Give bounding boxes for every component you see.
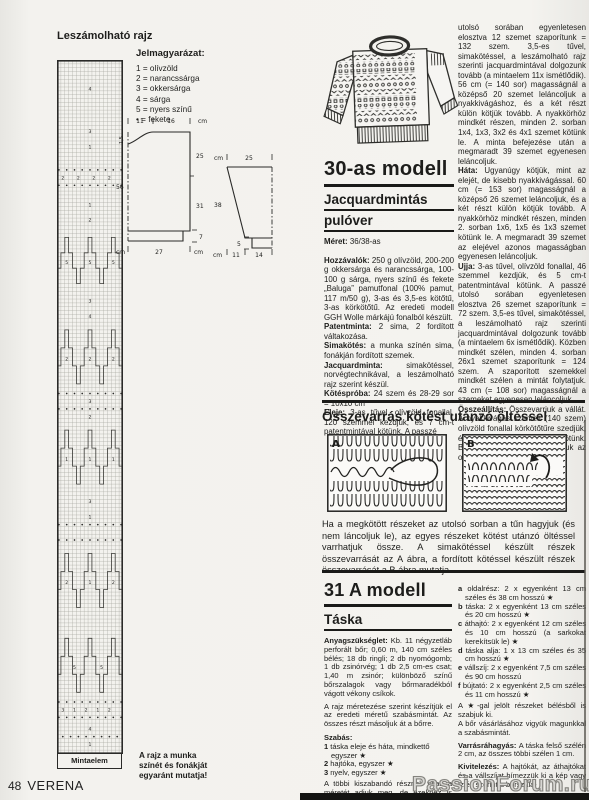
svg-text:1: 1 <box>89 742 92 748</box>
svg-text:5: 5 <box>100 665 103 671</box>
paragraph: Háta: Ugyanúgy kötjük, mint az elejét, d… <box>458 166 586 261</box>
svg-text:2: 2 <box>89 218 92 224</box>
paragraph: A ★-gal jelölt részeket bélésből is szab… <box>458 702 586 720</box>
dim-side: 31 <box>196 203 204 210</box>
lower-knitting <box>330 481 444 509</box>
svg-text:3: 3 <box>89 399 92 405</box>
chart-note: A rajz a munka színét és fonákját egyará… <box>139 751 249 780</box>
dim-unit-top: cm <box>198 118 207 125</box>
model30-right-column: utolsó sorában egyenletesen elosztva 12 … <box>458 23 586 462</box>
model30-size: Méret: 36/38-as <box>324 237 454 247</box>
svg-text:4: 4 <box>89 314 92 320</box>
upper-knitting <box>330 436 444 464</box>
svg-text:3: 3 <box>89 299 92 305</box>
dim-armhole: 25 <box>196 153 204 160</box>
list-item: f bújtató: 2 x egyenként 2,5 cm széles é… <box>458 682 586 700</box>
legend-item: 4 = sárga <box>136 95 246 105</box>
paragraph: A bőr vásárlásához vigyük magunkkal a sz… <box>458 720 586 738</box>
magazine-page: { "page": { "footer_number": "48", "foot… <box>0 0 589 800</box>
measurement-schematics: 11 16 cm 1,5 56 25 31 7 cm 27 cm cm 25 3… <box>114 112 284 258</box>
paragraph: Patentminta: 2 sima, 2 fordított váltako… <box>324 322 454 341</box>
loop-row-1 <box>468 462 538 474</box>
model30-subtitle-2: pulóver <box>324 213 454 232</box>
svg-text:4: 4 <box>89 87 92 93</box>
svg-text:2: 2 <box>89 414 92 420</box>
model31-right-items: a oldalrész: 2 x egyenként 13 cm széles … <box>458 585 586 699</box>
list-item: 1 táska eleje és háta, mindkettő egyszer… <box>324 743 452 761</box>
model30-subtitle-1: Jacquardmintás <box>324 192 454 211</box>
magazine-name: VERENA <box>27 778 83 793</box>
model31-title: 31 A modell <box>324 580 452 607</box>
svg-text:4: 4 <box>89 727 92 733</box>
body-piece-outline <box>128 132 194 241</box>
svg-text:5: 5 <box>73 665 76 671</box>
scan-edge-bottom <box>300 793 589 800</box>
svg-text:3: 3 <box>89 129 92 135</box>
sleeve-ticks <box>227 154 272 255</box>
list-item: a oldalrész: 2 x egyenként 13 cm széles … <box>458 585 586 603</box>
dim-body-width: 27 <box>155 249 163 256</box>
list-item: b táska: 2 x egyenként 13 cm széles és 2… <box>458 603 586 621</box>
model30-left-column: 30-as modell Jacquardmintás pulóver Mére… <box>324 158 454 437</box>
svg-text:2: 2 <box>65 357 68 363</box>
dim-unit-br: cm <box>194 249 203 256</box>
dim-sleeve-w1: 11 <box>232 252 240 258</box>
page-footer: 48VERENA <box>8 778 84 793</box>
model31-subtitle: Táska <box>324 612 452 631</box>
sleeve-outline <box>227 167 272 248</box>
chart-note-line: egyaránt mutatja! <box>139 771 249 781</box>
body-labels: 11 16 cm 1,5 56 25 31 7 cm 27 cm <box>116 118 207 256</box>
sweater-illustration <box>320 22 458 154</box>
svg-text:5: 5 <box>112 260 115 266</box>
model31-right-column: a oldalrész: 2 x egyenként 13 cm széles … <box>458 585 586 790</box>
svg-text:1: 1 <box>89 457 92 463</box>
paragraph: Hozzávalók: 250 g olívzöld, 200-200 g ok… <box>324 256 454 323</box>
model31-left-column: 31 A modell Táska Anyagszükséglet: Kb. 1… <box>324 580 452 800</box>
section-rule-bottom <box>322 570 585 573</box>
paragraph: Ujja: 3-as tűvel, olívzöld fonallal, 46 … <box>458 262 586 405</box>
seam-figure-a: A <box>327 434 447 512</box>
dim-sleeve-top-width: 25 <box>245 155 253 162</box>
svg-text:5: 5 <box>65 260 68 266</box>
sleeve-pattern-patch <box>431 53 444 65</box>
svg-text:1: 1 <box>89 515 92 521</box>
seam-section-title: Összevarrás kötést utánzó öltéssel <box>322 409 589 424</box>
dim-neck-width: 11 <box>136 118 144 125</box>
page-number: 48 <box>8 779 21 793</box>
svg-text:2: 2 <box>108 707 111 713</box>
dim-neck-depth: 1,5 <box>119 136 125 144</box>
legend-title: Jelmagyarázat: <box>136 48 246 59</box>
svg-text:2: 2 <box>61 175 64 181</box>
legend-item: 3 = okkersárga <box>136 84 246 94</box>
dim-body-height: 56 <box>116 184 124 191</box>
model30-title: 30-as modell <box>324 158 454 187</box>
seam-figure-b: B <box>462 434 567 512</box>
list-item: e vállszíj: 2 x egyenként 7,5 cm széles … <box>458 664 586 682</box>
paragraph: Kötéspróba: 24 szem és 28-29 sor = 10x10… <box>324 389 454 408</box>
hem-ribbing <box>357 125 428 143</box>
chart-note-line: A rajz a munka <box>139 751 249 761</box>
paragraph: utolsó sorában egyenletesen elosztva 12 … <box>458 23 586 166</box>
svg-text:5: 5 <box>89 260 92 266</box>
svg-text:1: 1 <box>65 457 68 463</box>
scan-edge-right <box>584 420 586 792</box>
dim-unit-bl: cm <box>116 249 125 256</box>
svg-text:2: 2 <box>77 175 80 181</box>
paragraph: Anyagszükséglet: Kb. 11 négyzetláb perfo… <box>324 637 452 699</box>
dim-sleeve-height: 38 <box>214 202 222 209</box>
collar-inner <box>376 41 402 51</box>
svg-text:2: 2 <box>89 357 92 363</box>
dim-sleeve-w2: 14 <box>255 252 263 258</box>
pattern-element-label: Mintaelem <box>57 753 122 769</box>
paragraph: Simakötés: a munka színén sima, fonákján… <box>324 341 454 360</box>
paragraph: Varrásráhagyás: A táska felső szélén 2 c… <box>458 742 586 760</box>
model31-left-paragraphs: Anyagszükséglet: Kb. 11 négyzetláb perfo… <box>324 637 452 729</box>
svg-text:2: 2 <box>92 175 95 181</box>
svg-text:3: 3 <box>89 499 92 505</box>
svg-text:2: 2 <box>108 175 111 181</box>
figure-a-label: A <box>332 439 340 450</box>
dim-rib-sleeve: 5 <box>237 241 241 248</box>
dim-rib-body: 7 <box>199 234 203 241</box>
svg-text:2: 2 <box>65 580 68 586</box>
paragraph: A rajz méretezése szerint készítjük el a… <box>324 703 452 729</box>
list-item: c áthajtó: 2 x egyenként 12 cm széles és… <box>458 620 586 646</box>
svg-text:1: 1 <box>112 457 115 463</box>
section-rule-top <box>322 400 585 403</box>
loop-row-2 <box>468 475 530 487</box>
seam-section-text: Ha a megkötött részeket az utolsó sorban… <box>322 519 575 577</box>
svg-text:1: 1 <box>89 145 92 151</box>
dim-unit-sleeve-top: cm <box>214 155 223 162</box>
svg-text:1: 1 <box>89 202 92 208</box>
dim-shoulder-width: 16 <box>167 118 175 125</box>
list-item: d táska alja: 1 x 13 cm széles és 35 cm … <box>458 647 586 665</box>
svg-text:2: 2 <box>112 580 115 586</box>
legend-item: 1 = olívzöld <box>136 64 246 74</box>
svg-text:2: 2 <box>85 707 88 713</box>
chart-note-line: színét és fonákját <box>139 761 249 771</box>
svg-text:3: 3 <box>61 707 64 713</box>
legend-item: 2 = narancssárga <box>136 74 246 84</box>
chart-title: Leszámolható rajz <box>57 30 152 42</box>
svg-text:1: 1 <box>96 707 99 713</box>
svg-text:1: 1 <box>73 707 76 713</box>
sleeve-labels: cm 25 38 5 cm 11 14 <box>213 155 263 258</box>
dim-unit-sleeve-b: cm <box>213 252 222 258</box>
svg-text:1: 1 <box>89 580 92 586</box>
figure-b-label: B <box>467 439 475 450</box>
paragraph: Jacquardminta: simakötéssel, norvégtechn… <box>324 361 454 390</box>
svg-text:2: 2 <box>112 357 115 363</box>
